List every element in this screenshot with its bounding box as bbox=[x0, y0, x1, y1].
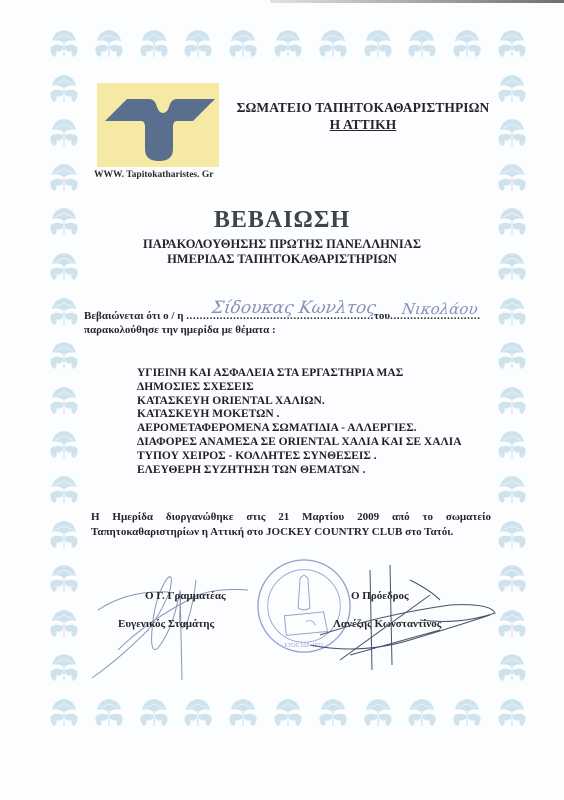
floral-motif-icon bbox=[494, 295, 530, 331]
floral-motif-icon bbox=[180, 27, 216, 63]
topic-item: ΚΑΤΑΣΚΕΥΗ ORIENTAL ΧΑΛΙΩΝ. bbox=[137, 395, 462, 409]
floral-motif-icon bbox=[46, 116, 82, 152]
event-line: Ταπητοκαθαριστηρίων η Αττική στο JOCKEY … bbox=[91, 525, 491, 540]
floral-motif-icon bbox=[46, 473, 82, 509]
floral-motif-icon bbox=[46, 696, 82, 732]
floral-motif-icon bbox=[136, 696, 172, 732]
floral-motif-icon bbox=[360, 27, 396, 63]
attendee-name-handwritten: Σίδουκας Κωνλτος bbox=[211, 298, 378, 318]
floral-motif-icon bbox=[46, 161, 82, 197]
floral-motif-icon bbox=[46, 518, 82, 554]
topic-item: ΥΓΙΕΙΝΗ ΚΑΙ ΑΣΦΑΛΕΙΑ ΣΤΑ ΕΡΓΑΣΤΗΡΙΑ ΜΑΣ bbox=[137, 367, 462, 381]
attended-line: παρακολούθησε την ημερίδα με θέματα : bbox=[84, 324, 276, 336]
father-name-handwritten: Νικολάου bbox=[401, 300, 479, 318]
floral-motif-icon bbox=[46, 295, 82, 331]
floral-motif-icon bbox=[136, 27, 172, 63]
floral-motif-icon bbox=[494, 384, 530, 420]
floral-motif-icon bbox=[494, 161, 530, 197]
floral-motif-icon bbox=[91, 696, 127, 732]
certificate-subtitle: ΠΑΡΑΚΟΛΟΥΘΗΣΗΣ ΠΡΩΤΗΣ ΠΑΝΕΛΛΗΝΙΑΣ ΗΜΕΡΙΔ… bbox=[0, 237, 564, 267]
website-link[interactable]: WWW. Tapitokatharistes. Gr bbox=[94, 170, 213, 180]
secretary-title: Ο Γ. Γραμματέας bbox=[145, 590, 226, 602]
floral-motif-icon bbox=[494, 518, 530, 554]
floral-motif-icon bbox=[46, 27, 82, 63]
floral-motif-icon bbox=[225, 696, 261, 732]
floral-motif-icon bbox=[449, 27, 485, 63]
topic-item: ΑΕΡΟΜΕΤΑΦΕΡΟΜΕΝΑ ΣΩΜΑΤΙΔΙΑ - ΑΛΛΕΡΓΙΕΣ. bbox=[137, 422, 462, 436]
org-name-line: ΣΩΜΑΤΕΙΟ ΤΑΠΗΤΟΚΑΘΑΡΙΣΤΗΡΙΩΝ bbox=[228, 99, 498, 116]
topics-list: ΥΓΙΕΙΝΗ ΚΑΙ ΑΣΦΑΛΕΙΑ ΣΤΑ ΕΡΓΑΣΤΗΡΙΑ ΜΑΣΔ… bbox=[137, 367, 462, 477]
certificate-title: ΒΕΒΑΙΩΣΗ bbox=[0, 207, 564, 234]
floral-motif-icon bbox=[225, 27, 261, 63]
topic-item: ΕΛΕΥΘΕΡΗ ΣΥΖΗΤΗΣΗ ΤΩΝ ΘΕΜΑΤΩΝ . bbox=[137, 464, 462, 478]
secretary-name: Ευγενικός Σταμάτης bbox=[118, 618, 214, 630]
floral-motif-icon bbox=[494, 116, 530, 152]
floral-motif-icon bbox=[46, 72, 82, 108]
father-label: του bbox=[374, 310, 390, 322]
winged-u-logo-icon bbox=[97, 83, 219, 167]
topic-item: ΔΙΑΦΟΡΕΣ ΑΝΑΜΕΣΑ ΣΕ ORIENTAL ΧΑΛΙΑ ΚΑΙ Σ… bbox=[137, 436, 462, 450]
floral-motif-icon bbox=[494, 473, 530, 509]
floral-motif-icon bbox=[46, 384, 82, 420]
floral-motif-icon bbox=[91, 27, 127, 63]
topic-item: ΤΥΠΟΥ ΧΕΙΡΟΣ - ΚΟΛΛΗΤΕΣ ΣΥΝΘΕΣΕΙΣ . bbox=[137, 450, 462, 464]
floral-motif-icon bbox=[46, 562, 82, 598]
floral-motif-icon bbox=[315, 696, 351, 732]
president-signature bbox=[300, 565, 500, 675]
floral-motif-icon bbox=[180, 696, 216, 732]
organization-name: ΣΩΜΑΤΕΙΟ ΤΑΠΗΤΟΚΑΘΑΡΙΣΤΗΡΙΩΝ Η ΑΤΤΙΚΗ bbox=[228, 99, 498, 133]
attendee-prefix: Βεβαιώνεται ότι ο / η bbox=[84, 310, 183, 322]
topic-item: ΚΑΤΑΣΚΕΥΗ ΜΟΚΕΤΩΝ . bbox=[137, 408, 462, 422]
floral-motif-icon bbox=[46, 339, 82, 375]
association-logo bbox=[97, 83, 219, 167]
floral-motif-icon bbox=[270, 27, 306, 63]
floral-motif-icon bbox=[404, 696, 440, 732]
floral-motif-icon bbox=[46, 607, 82, 643]
subtitle-line: ΗΜΕΡΙΔΑΣ ΤΑΠΗΤΟΚΑΘΑΡΙΣΤΗΡΙΩΝ bbox=[0, 252, 564, 267]
floral-motif-icon bbox=[46, 651, 82, 687]
floral-motif-icon bbox=[46, 428, 82, 464]
floral-motif-icon bbox=[315, 27, 351, 63]
floral-motif-icon bbox=[449, 696, 485, 732]
floral-motif-icon bbox=[270, 696, 306, 732]
event-line: Η Ημερίδα διοργανώθηκε στις 21 Μαρτίου 2… bbox=[91, 510, 491, 525]
floral-motif-icon bbox=[404, 27, 440, 63]
subtitle-line: ΠΑΡΑΚΟΛΟΥΘΗΣΗΣ ΠΡΩΤΗΣ ΠΑΝΕΛΛΗΝΙΑΣ bbox=[0, 237, 564, 252]
floral-motif-icon bbox=[494, 27, 530, 63]
floral-motif-icon bbox=[494, 428, 530, 464]
event-description: Η Ημερίδα διοργανώθηκε στις 21 Μαρτίου 2… bbox=[91, 510, 491, 540]
floral-motif-icon bbox=[494, 696, 530, 732]
scan-edge bbox=[270, 0, 564, 3]
floral-motif-icon bbox=[494, 339, 530, 375]
floral-motif-icon bbox=[360, 696, 396, 732]
floral-motif-icon bbox=[494, 72, 530, 108]
org-region-line: Η ΑΤΤΙΚΗ bbox=[228, 116, 498, 133]
topic-item: ΔΗΜΟΣΙΕΣ ΣΧΕΣΕΙΣ bbox=[137, 381, 462, 395]
